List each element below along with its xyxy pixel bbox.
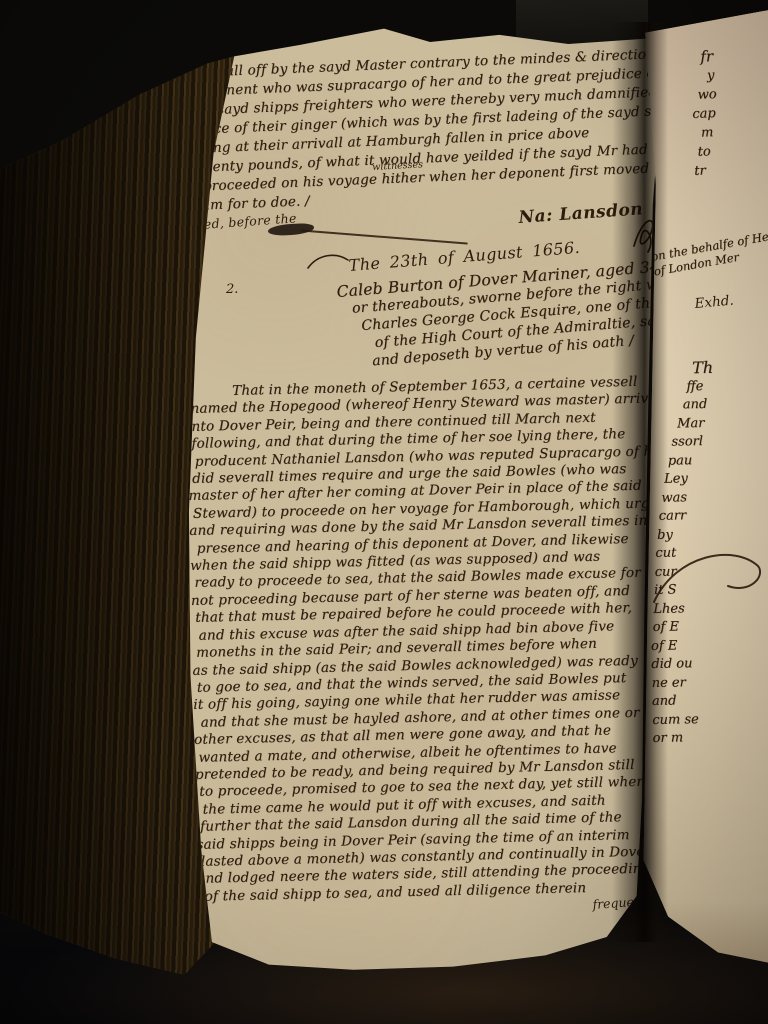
exhibit-mark: Exhd. — [694, 293, 734, 312]
manuscript-line-fragment: to — [697, 140, 768, 162]
pen-stroke — [300, 229, 468, 245]
manuscript-line-fragment: tr — [694, 159, 768, 181]
manuscript-line-fragment: ne er — [651, 672, 768, 693]
date-swash-icon — [306, 252, 350, 272]
opening-paragraph: pull off by the sayd Master contrary to … — [188, 45, 674, 216]
manuscript-line-fragment: was — [661, 487, 768, 508]
manuscript-line-fragment: cum se — [652, 709, 768, 730]
manuscript-line-fragment: ssorl — [671, 432, 768, 452]
manuscript-line-fragment: Mar — [677, 413, 768, 433]
manuscript-line-fragment: cap — [692, 102, 768, 124]
manuscript-line-fragment: y — [707, 64, 768, 86]
manuscript-line-fragment: of E — [651, 635, 768, 656]
manuscript-line-fragment: m — [701, 121, 768, 143]
manuscript-line-fragment: Ley — [664, 469, 768, 489]
bleed-through-line: into Dover Peir, being and there continu… — [0, 73, 29, 104]
manuscript-line-fragment: wo — [697, 83, 768, 105]
page-edge-nick — [218, 42, 227, 48]
manuscript-photo: That in the moneth of September 1653, a … — [0, 0, 768, 1024]
manuscript-line-fragment: Th — [692, 358, 768, 378]
manuscript-line-fragment: and — [683, 395, 768, 415]
manuscript-line-fragment: or m — [652, 728, 768, 749]
signature-na-lansdon: Na: Lansdon — [518, 199, 644, 228]
right-page-line-fragments: frywocapmtotr — [690, 45, 768, 181]
bleed-through-line: producent Nathaniel Lansdon (who was rep… — [0, 114, 29, 145]
margin-entry-number: 2. — [226, 282, 238, 297]
deposition-body: That in the moneth of September 1653, a … — [186, 373, 676, 906]
manuscript-line-fragment: and — [652, 691, 768, 712]
manuscript-line-fragment: ffe — [686, 376, 768, 396]
deponent-heading: Caleb Burton of Dover Mariner, aged 34 y… — [336, 256, 682, 372]
bleed-through-line: That in the moneth of September 1653, a … — [0, 32, 30, 63]
manuscript-line-fragment: carr — [659, 506, 768, 527]
manuscript-line-fragment: of E — [653, 617, 768, 638]
bleed-through-line: named the Hopegood (whereof Henry Stewar… — [0, 52, 30, 83]
right-page-margin-note: on the behalfe of Henof London Mer — [650, 227, 768, 279]
manuscript-line-fragment: fr — [700, 45, 768, 67]
manuscript-line-fragment: pau — [668, 450, 768, 470]
background-shape — [516, 0, 648, 46]
bleed-through-line: following, and that during the time of h… — [0, 93, 29, 124]
pen-flourish-icon — [648, 540, 768, 610]
manuscript-line-fragment: did ou — [651, 654, 768, 675]
page-edge-nick — [184, 36, 192, 42]
